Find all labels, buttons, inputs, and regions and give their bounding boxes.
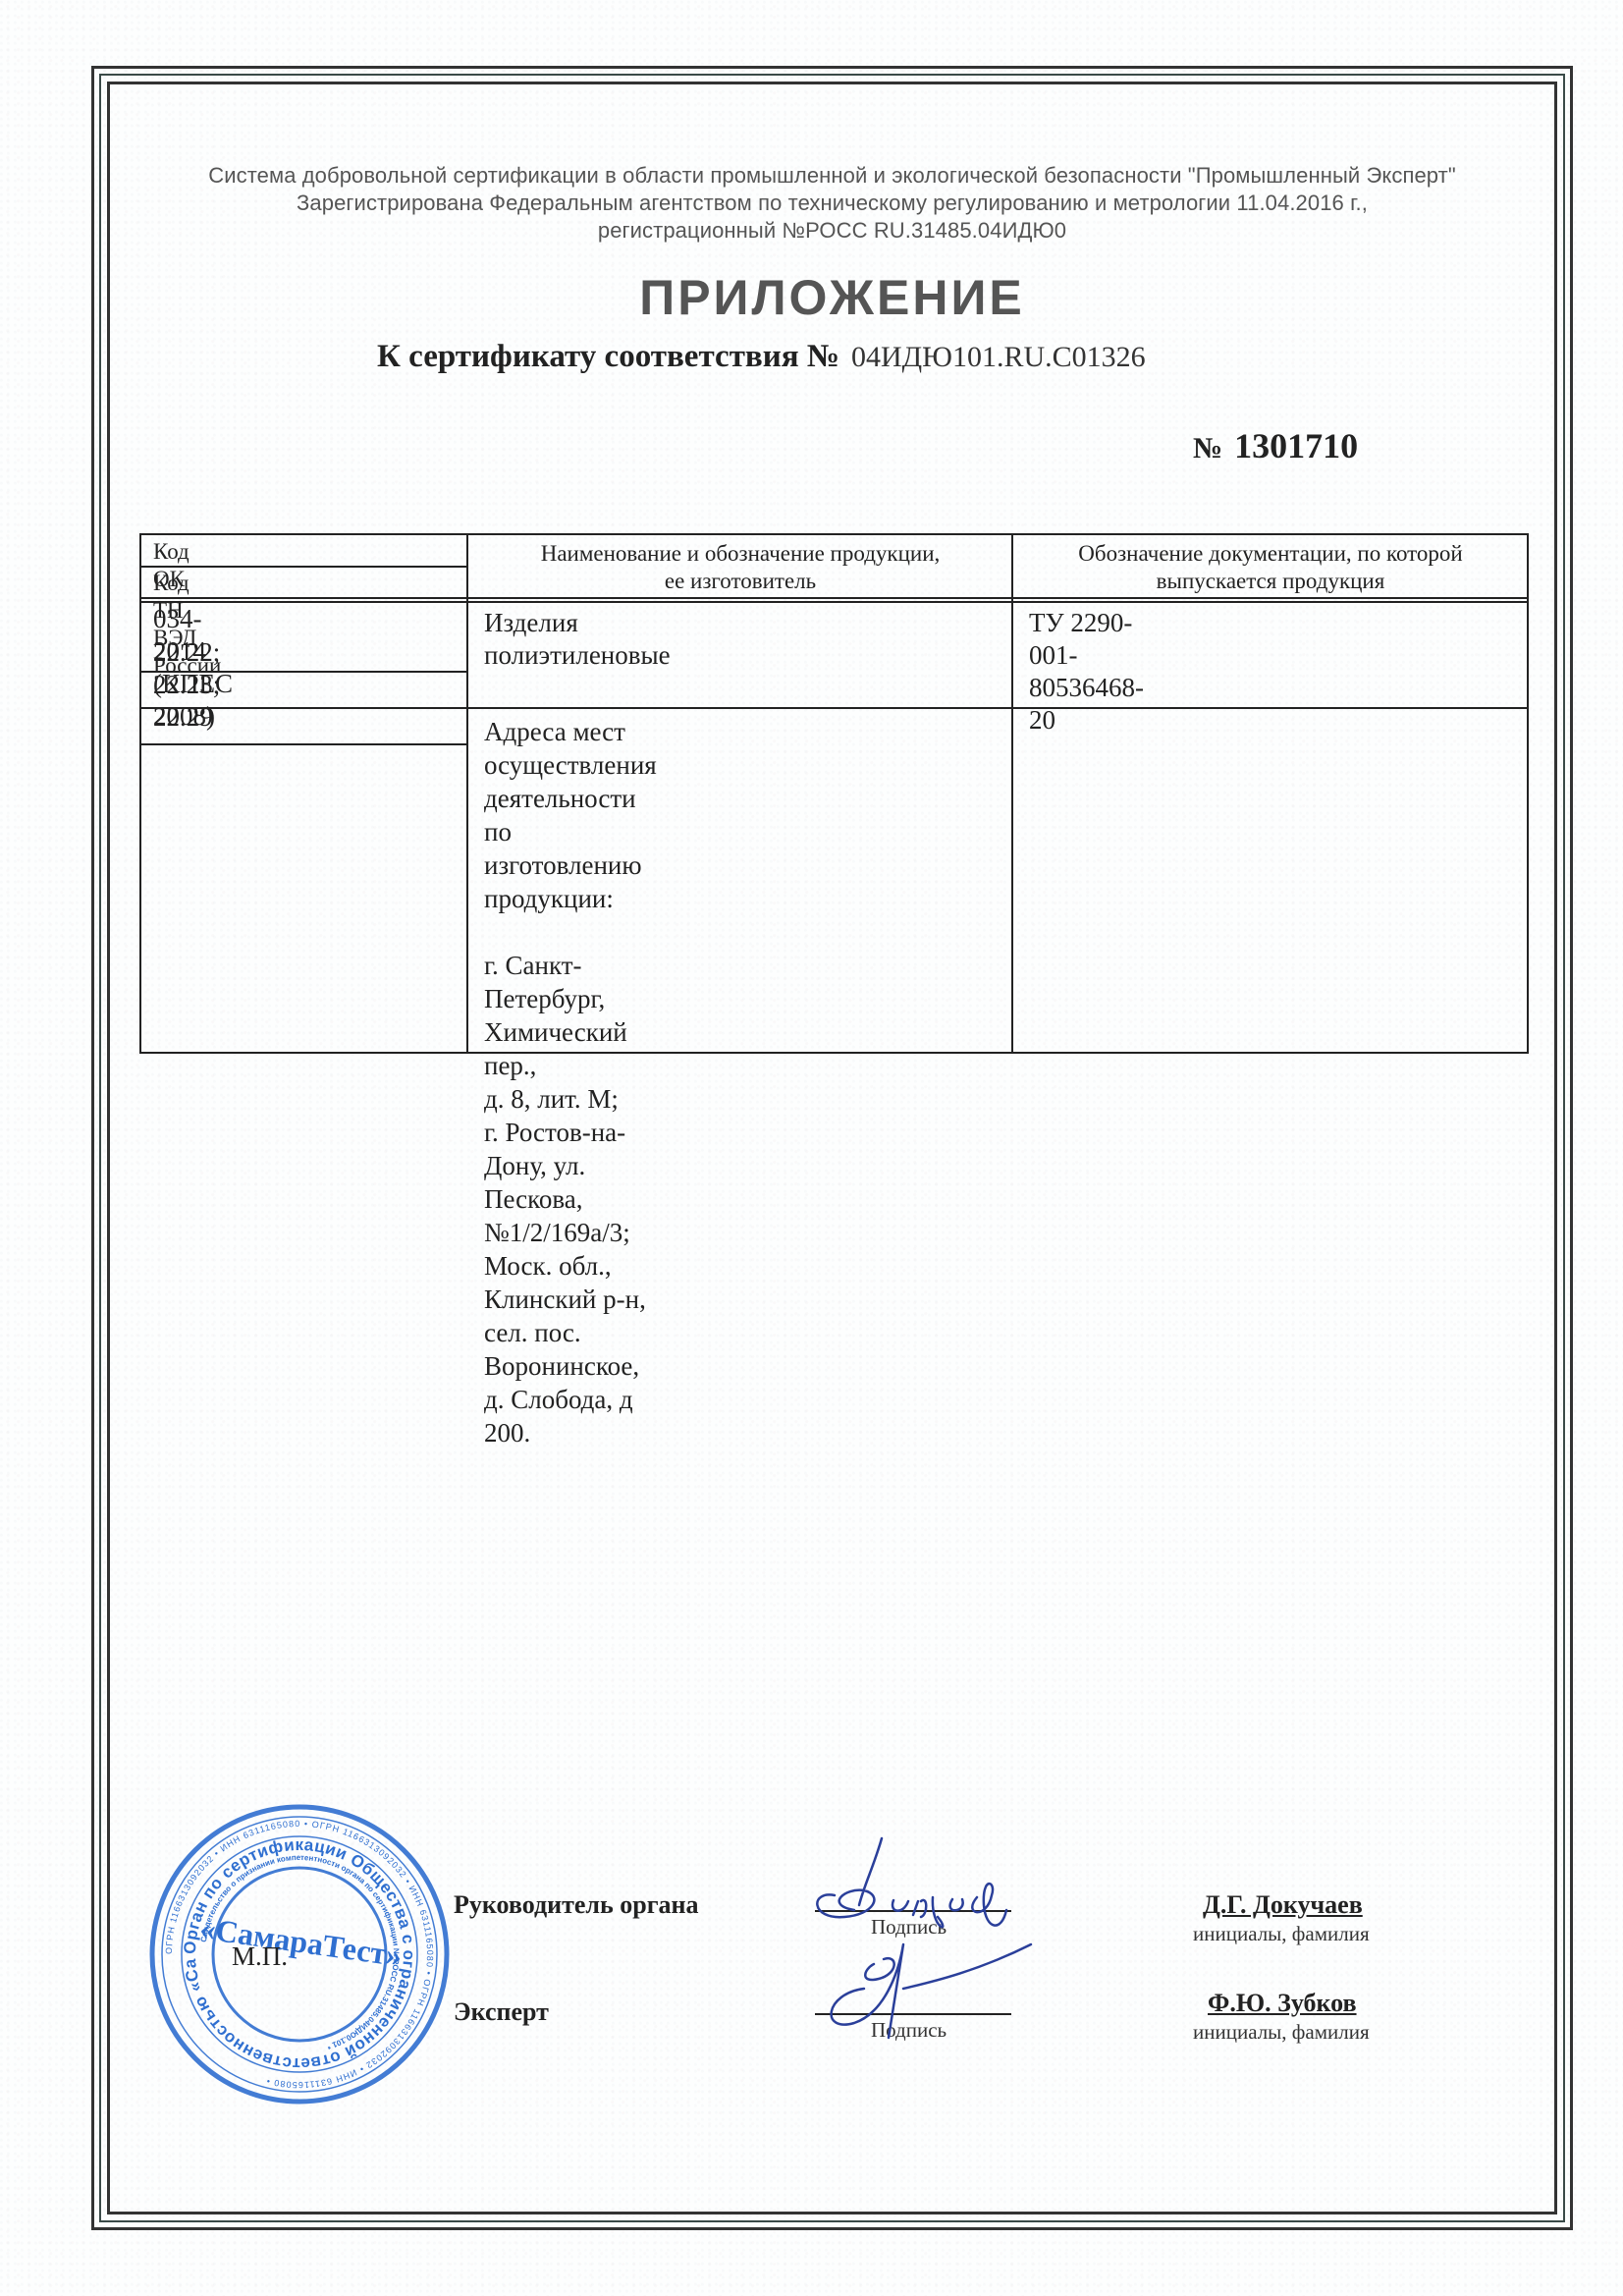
header-documentation-line1: Обозначение документации, по которой (1014, 540, 1527, 568)
stamp-org-name: «СамараТест» (197, 1910, 404, 1973)
row2-col1-divider (139, 743, 468, 745)
document-title: ПРИЛОЖЕНИЕ (108, 269, 1556, 326)
table-border-left (139, 533, 141, 1054)
address-rostov-line1: г. Ростов-на-Дону, ул. Пескова, (484, 1116, 657, 1216)
header-documentation: Обозначение документации, по которой вып… (1014, 540, 1527, 595)
header-border-bottom-1 (139, 597, 1529, 599)
address-heading-line1: Адреса мест осуществления (484, 715, 657, 782)
row1-code-ok-values: 22.22; 22.23; 22.29 (153, 636, 220, 734)
address-heading-line2: деятельности по изготовлению (484, 782, 657, 882)
certificate-number: 04ИДЮ101.RU.C01326 (851, 341, 1146, 373)
header-border-bottom-2 (139, 601, 1529, 603)
row-divider (139, 707, 1529, 709)
address-spb-line1: г. Санкт-Петербург, Химический пер., (484, 949, 657, 1082)
column-divider-1 (466, 533, 468, 1054)
column-divider-2 (1011, 533, 1013, 1054)
table-border-top (139, 533, 1529, 535)
head-name-caption: инициалы, фамилия (1193, 1922, 1370, 1946)
stamp-place-label: М.П. (232, 1941, 288, 1972)
expert-name: Ф.Ю. Зубков (1208, 1989, 1357, 2018)
row1-documentation: ТУ 2290-001-80536468-20 (1029, 607, 1144, 737)
organization-stamp: ОГРН 1166313092032 • ИНН 6311165080 • ОГ… (142, 1797, 457, 2111)
address-spacer (484, 915, 657, 949)
certification-system-name: Система добровольной сертификации в обла… (108, 163, 1556, 189)
head-name: Д.Г. Докучаев (1203, 1890, 1363, 1920)
registration-number: регистрационный №РОСС RU.31485.04ИДЮ0 (108, 218, 1556, 244)
row2-addresses: Адреса мест осуществления деятельности п… (484, 715, 657, 1449)
registration-info: Зарегистрирована Федеральным агентством … (108, 191, 1556, 216)
table-border-bottom (139, 1052, 1529, 1054)
header-documentation-line2: выпускается продукция (1014, 568, 1527, 595)
certificate-label: К сертификату соответствия № (377, 339, 839, 374)
form-number: №1301710 (1193, 425, 1358, 466)
address-moscow-line1: Моск. обл., Клинский р-н, сел. пос. (484, 1249, 657, 1349)
certificate-reference: К сертификату соответствия №04ИДЮ101.RU.… (377, 339, 1146, 375)
expert-name-caption: инициалы, фамилия (1193, 2020, 1370, 2045)
head-role-label: Руководитель органа (454, 1890, 699, 1920)
address-spb-line2: д. 8, лит. М; (484, 1082, 657, 1116)
address-rostov-line2: №1/2/169а/3; (484, 1216, 657, 1249)
table-border-right (1527, 533, 1529, 1054)
row1-product: Изделия полиэтиленовые (484, 607, 671, 672)
expert-role-label: Эксперт (454, 1997, 549, 2027)
header-product: Наименование и обозначение продукции, ее… (469, 540, 1011, 595)
number-symbol: № (1193, 432, 1222, 465)
address-moscow-line2: Воронинское, д. Слобода, д 200. (484, 1349, 657, 1449)
header-product-line1: Наименование и обозначение продукции, (469, 540, 1011, 568)
expert-signature-scribble-icon (805, 1915, 1041, 2043)
header-product-line2: ее изготовитель (469, 568, 1011, 595)
address-heading-line3: продукции: (484, 882, 657, 915)
form-number-value: 1301710 (1234, 426, 1358, 465)
